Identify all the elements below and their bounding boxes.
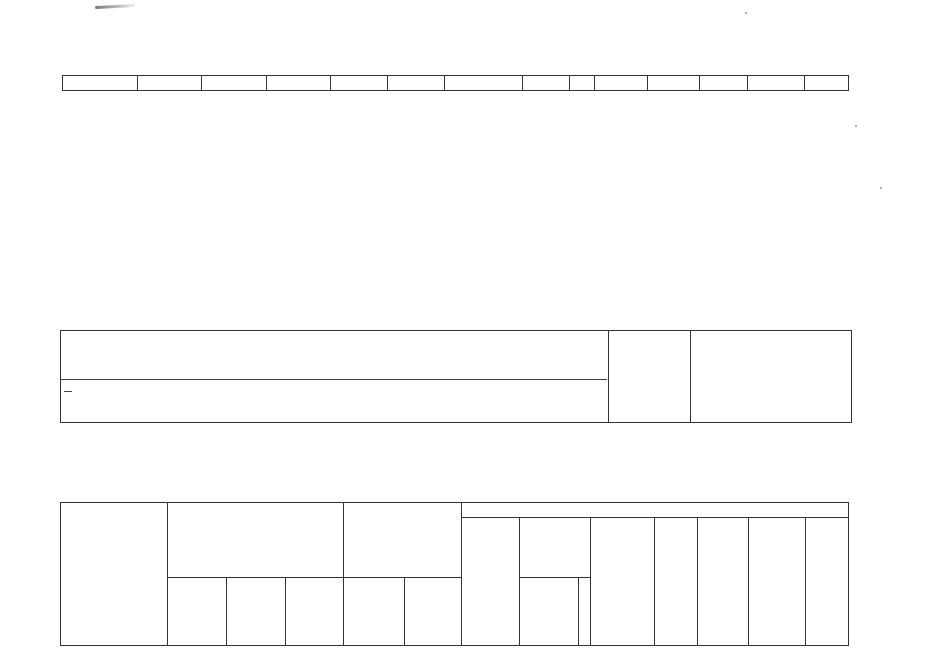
header-unique-number [61,503,168,646]
divider-dash [64,391,72,392]
placeholder-content-2 [226,578,285,646]
header-unit-code [578,578,590,646]
header-executed [654,518,697,646]
header-allowed-deviation [698,518,749,646]
header-approved [590,518,654,646]
header-exceeding-deviation [748,518,806,646]
indicators-table [62,75,849,91]
header-deviation-reason [806,518,849,646]
placeholder-content-1 [168,578,227,646]
placeholder-content-3 [285,578,344,646]
header-okei-unit [520,518,591,578]
scan-smudge [95,4,135,9]
header-indicator-name [461,518,520,646]
header-unit-name [520,578,579,646]
kdu-header [804,76,848,91]
service-info-table [60,330,852,423]
unique-number-label [609,331,691,423]
scan-speck [855,125,857,127]
placeholder-condition-2 [404,578,461,646]
scan-speck [880,187,882,189]
placeholder-condition-1 [344,578,405,646]
divider [61,379,607,380]
header-content-indicator [168,503,344,578]
table-header-row [63,76,849,91]
header-volume-indicator [461,503,848,518]
scan-speck [745,12,747,14]
header-conditions-indicator [344,503,461,578]
volume-indicators-table [60,502,849,646]
